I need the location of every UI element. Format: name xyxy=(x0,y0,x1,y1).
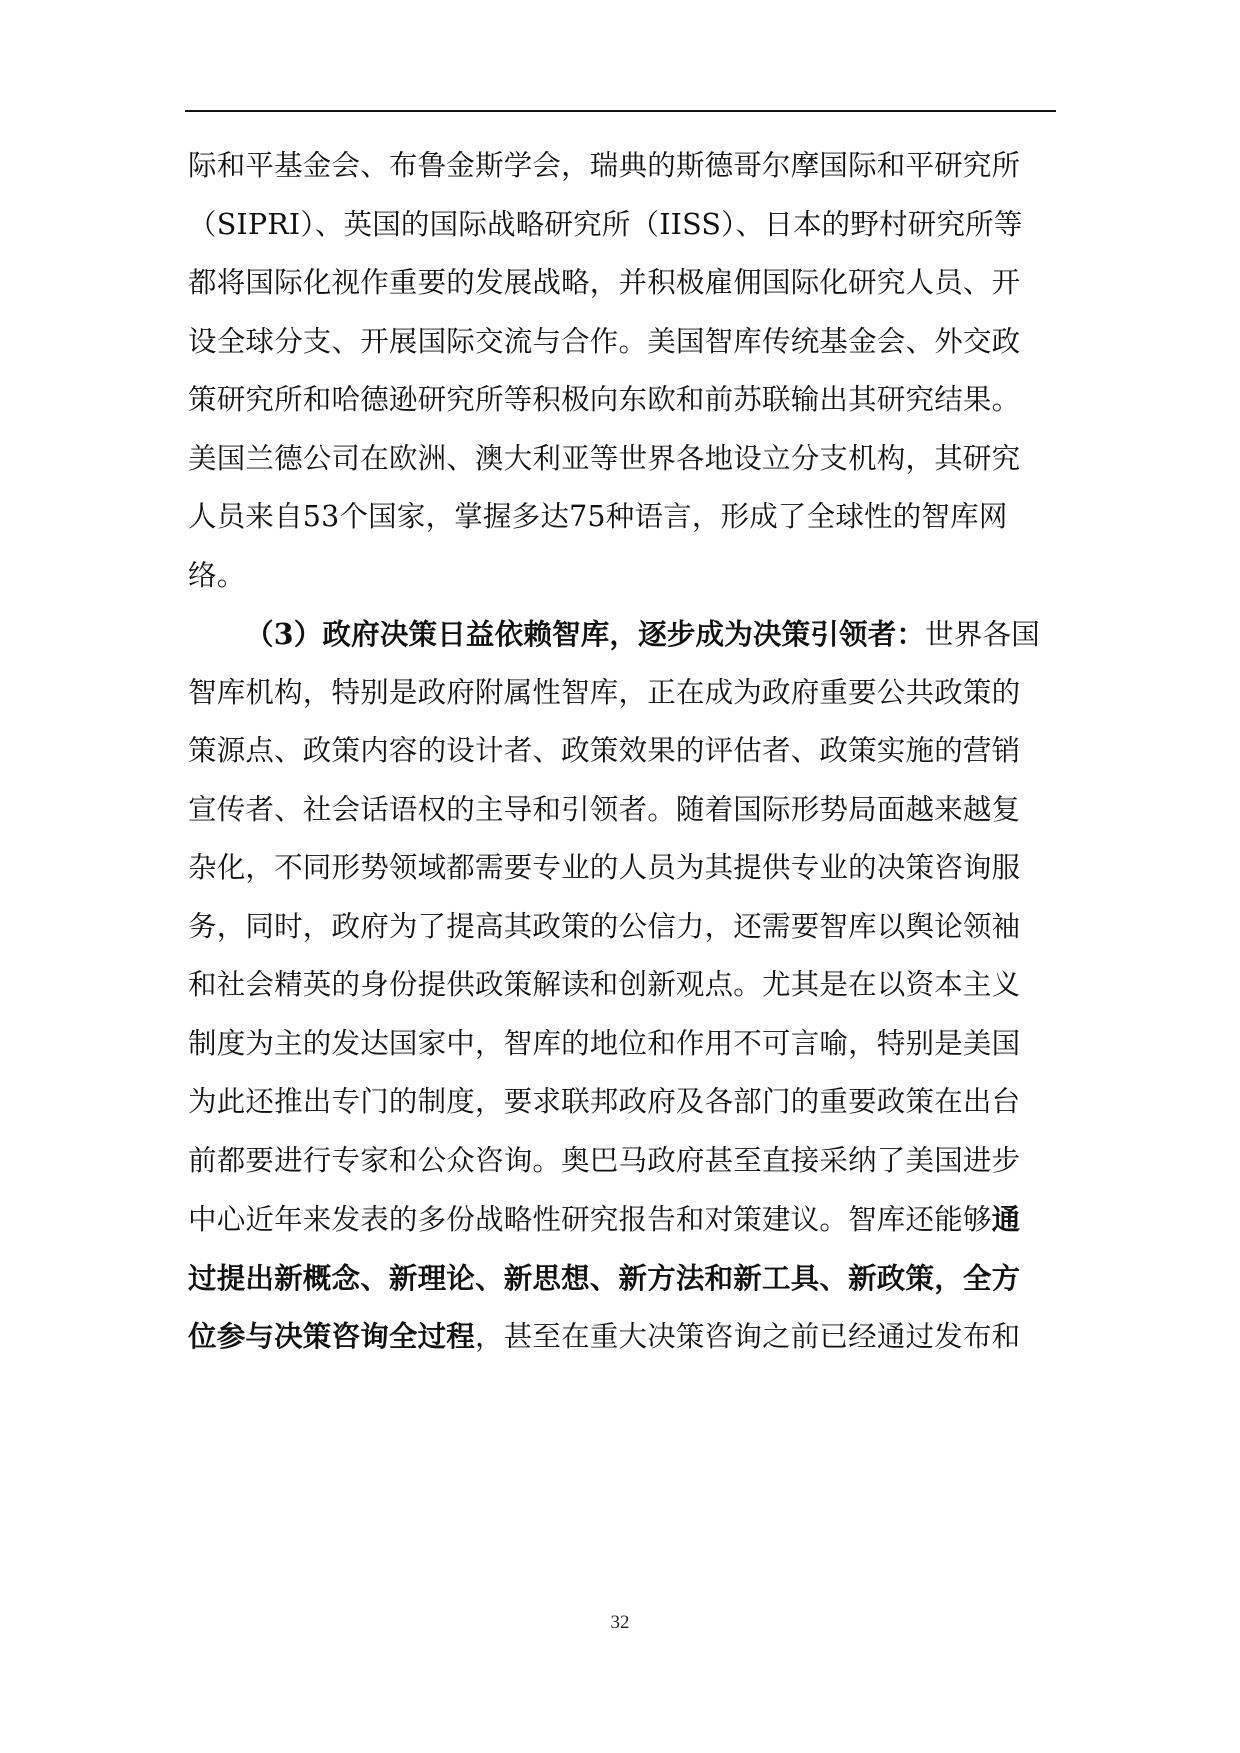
text-line: 际和平基金会、布鲁金斯学会，瑞典的斯德哥尔摩国际和平研究所 xyxy=(188,137,1068,196)
text-line: 和社会精英的身份提供政策解读和创新观点。尤其是在以资本主义 xyxy=(188,956,1068,1015)
text-run: （SIPRI）、英国的国际战略研究所（IISS）、日本的野村研究所等 xyxy=(188,208,1023,241)
text-line: 策研究所和哈德逊研究所等积极向东欧和前苏联输出其研究结果。 xyxy=(188,371,1068,430)
text-line: 杂化，不同形势领域都需要专业的人员为其提供专业的决策咨询服 xyxy=(188,839,1068,898)
text-run: 为此还推出专门的制度，要求联邦政府及各部门的重要政策在出台 xyxy=(188,1085,1020,1118)
text-line: 策源点、政策内容的设计者、政策效果的评估者、政策实施的营销 xyxy=(188,722,1068,781)
text-run: 美国兰德公司在欧洲、澳大利亚等世界各地设立分支机构，其研究 xyxy=(188,442,1020,475)
text-run: 宣传者、社会话语权的主导和引领者。随着国际形势局面越来越复 xyxy=(188,793,1020,826)
text-line: 为此还推出专门的制度，要求联邦政府及各部门的重要政策在出台 xyxy=(188,1073,1068,1132)
text-line: 人员来自53个国家，掌握多达75种语言，形成了全球性的智库网 xyxy=(188,488,1068,547)
text-line: 都将国际化视作重要的发展战略，并积极雇佣国际化研究人员、开 xyxy=(188,254,1068,313)
text-line: 美国兰德公司在欧洲、澳大利亚等世界各地设立分支机构，其研究 xyxy=(188,430,1068,489)
text-line: 宣传者、社会话语权的主导和引领者。随着国际形势局面越来越复 xyxy=(188,781,1068,840)
text-line: 前都要进行专家和公众咨询。奥巴马政府甚至直接采纳了美国进步 xyxy=(188,1132,1068,1191)
text-run: 际和平基金会、布鲁金斯学会，瑞典的斯德哥尔摩国际和平研究所 xyxy=(188,149,1020,182)
text-run: 务，同时，政府为了提高其政策的公信力，还需要智库以舆论领袖 xyxy=(188,910,1020,943)
page-number: 32 xyxy=(0,1612,1240,1634)
text-line: 过提出新概念、新理论、新思想、新方法和新工具、新政策，全方 xyxy=(188,1249,1068,1308)
text-run: 都将国际化视作重要的发展战略，并积极雇佣国际化研究人员、开 xyxy=(188,266,1020,299)
text-run: 中心近年来发表的多份战略性研究报告和对策建议。智库还能够 xyxy=(188,1203,992,1236)
text-line: 制度为主的发达国家中，智库的地位和作用不可言喻，特别是美国 xyxy=(188,1015,1068,1074)
text-line: 智库机构，特别是政府附属性智库，正在成为政府重要公共政策的 xyxy=(188,664,1068,723)
text-line: 中心近年来发表的多份战略性研究报告和对策建议。智库还能够通 xyxy=(188,1190,1068,1249)
text-run: 设全球分支、开展国际交流与合作。美国智库传统基金会、外交政 xyxy=(188,325,1020,358)
paragraph-government-reliance: （3）政府决策日益依赖智库，逐步成为决策引领者：世界各国 智库机构，特别是政府附… xyxy=(188,605,1068,1366)
emphasis-text: 过提出新概念、新理论、新思想、新方法和新工具、新政策，全方 xyxy=(188,1261,1020,1295)
text-line: 设全球分支、开展国际交流与合作。美国智库传统基金会、外交政 xyxy=(188,313,1068,372)
text-run: 策源点、政策内容的设计者、政策效果的评估者、政策实施的营销 xyxy=(188,734,1020,767)
document-body: 际和平基金会、布鲁金斯学会，瑞典的斯德哥尔摩国际和平研究所 （SIPRI）、英国… xyxy=(188,137,1068,1366)
section-heading: （3）政府决策日益依赖智库，逐步成为决策引领者： xyxy=(245,617,925,651)
text-run: 前都要进行专家和公众咨询。奥巴马政府甚至直接采纳了美国进步 xyxy=(188,1144,1020,1177)
text-run: 策研究所和哈德逊研究所等积极向东欧和前苏联输出其研究结果。 xyxy=(188,383,1020,416)
text-line: 务，同时，政府为了提高其政策的公信力，还需要智库以舆论领袖 xyxy=(188,898,1068,957)
text-run: 络。 xyxy=(188,559,245,592)
header-rule xyxy=(185,110,1056,112)
text-line: （SIPRI）、英国的国际战略研究所（IISS）、日本的野村研究所等 xyxy=(188,196,1068,255)
text-run: 杂化，不同形势领域都需要专业的人员为其提供专业的决策咨询服 xyxy=(188,851,1020,884)
text-run: 和社会精英的身份提供政策解读和创新观点。尤其是在以资本主义 xyxy=(188,968,1020,1001)
text-line: 位参与决策咨询全过程，甚至在重大决策咨询之前已经通过发布和 xyxy=(188,1307,1068,1366)
text-run: 世界各国 xyxy=(925,618,1040,651)
paragraph-international: 际和平基金会、布鲁金斯学会，瑞典的斯德哥尔摩国际和平研究所 （SIPRI）、英国… xyxy=(188,137,1068,605)
text-run: 智库机构，特别是政府附属性智库，正在成为政府重要公共政策的 xyxy=(188,676,1020,709)
text-line: 络。 xyxy=(188,547,1068,606)
text-run: 人员来自53个国家，掌握多达75种语言，形成了全球性的智库网 xyxy=(188,500,1008,533)
emphasis-text: 通 xyxy=(992,1202,1021,1236)
emphasis-text: 位参与决策咨询全过程 xyxy=(188,1319,475,1353)
text-run: ，甚至在重大决策咨询之前已经通过发布和 xyxy=(475,1320,1020,1353)
text-run: 制度为主的发达国家中，智库的地位和作用不可言喻，特别是美国 xyxy=(188,1027,1020,1060)
text-line: （3）政府决策日益依赖智库，逐步成为决策引领者：世界各国 xyxy=(188,605,1068,664)
